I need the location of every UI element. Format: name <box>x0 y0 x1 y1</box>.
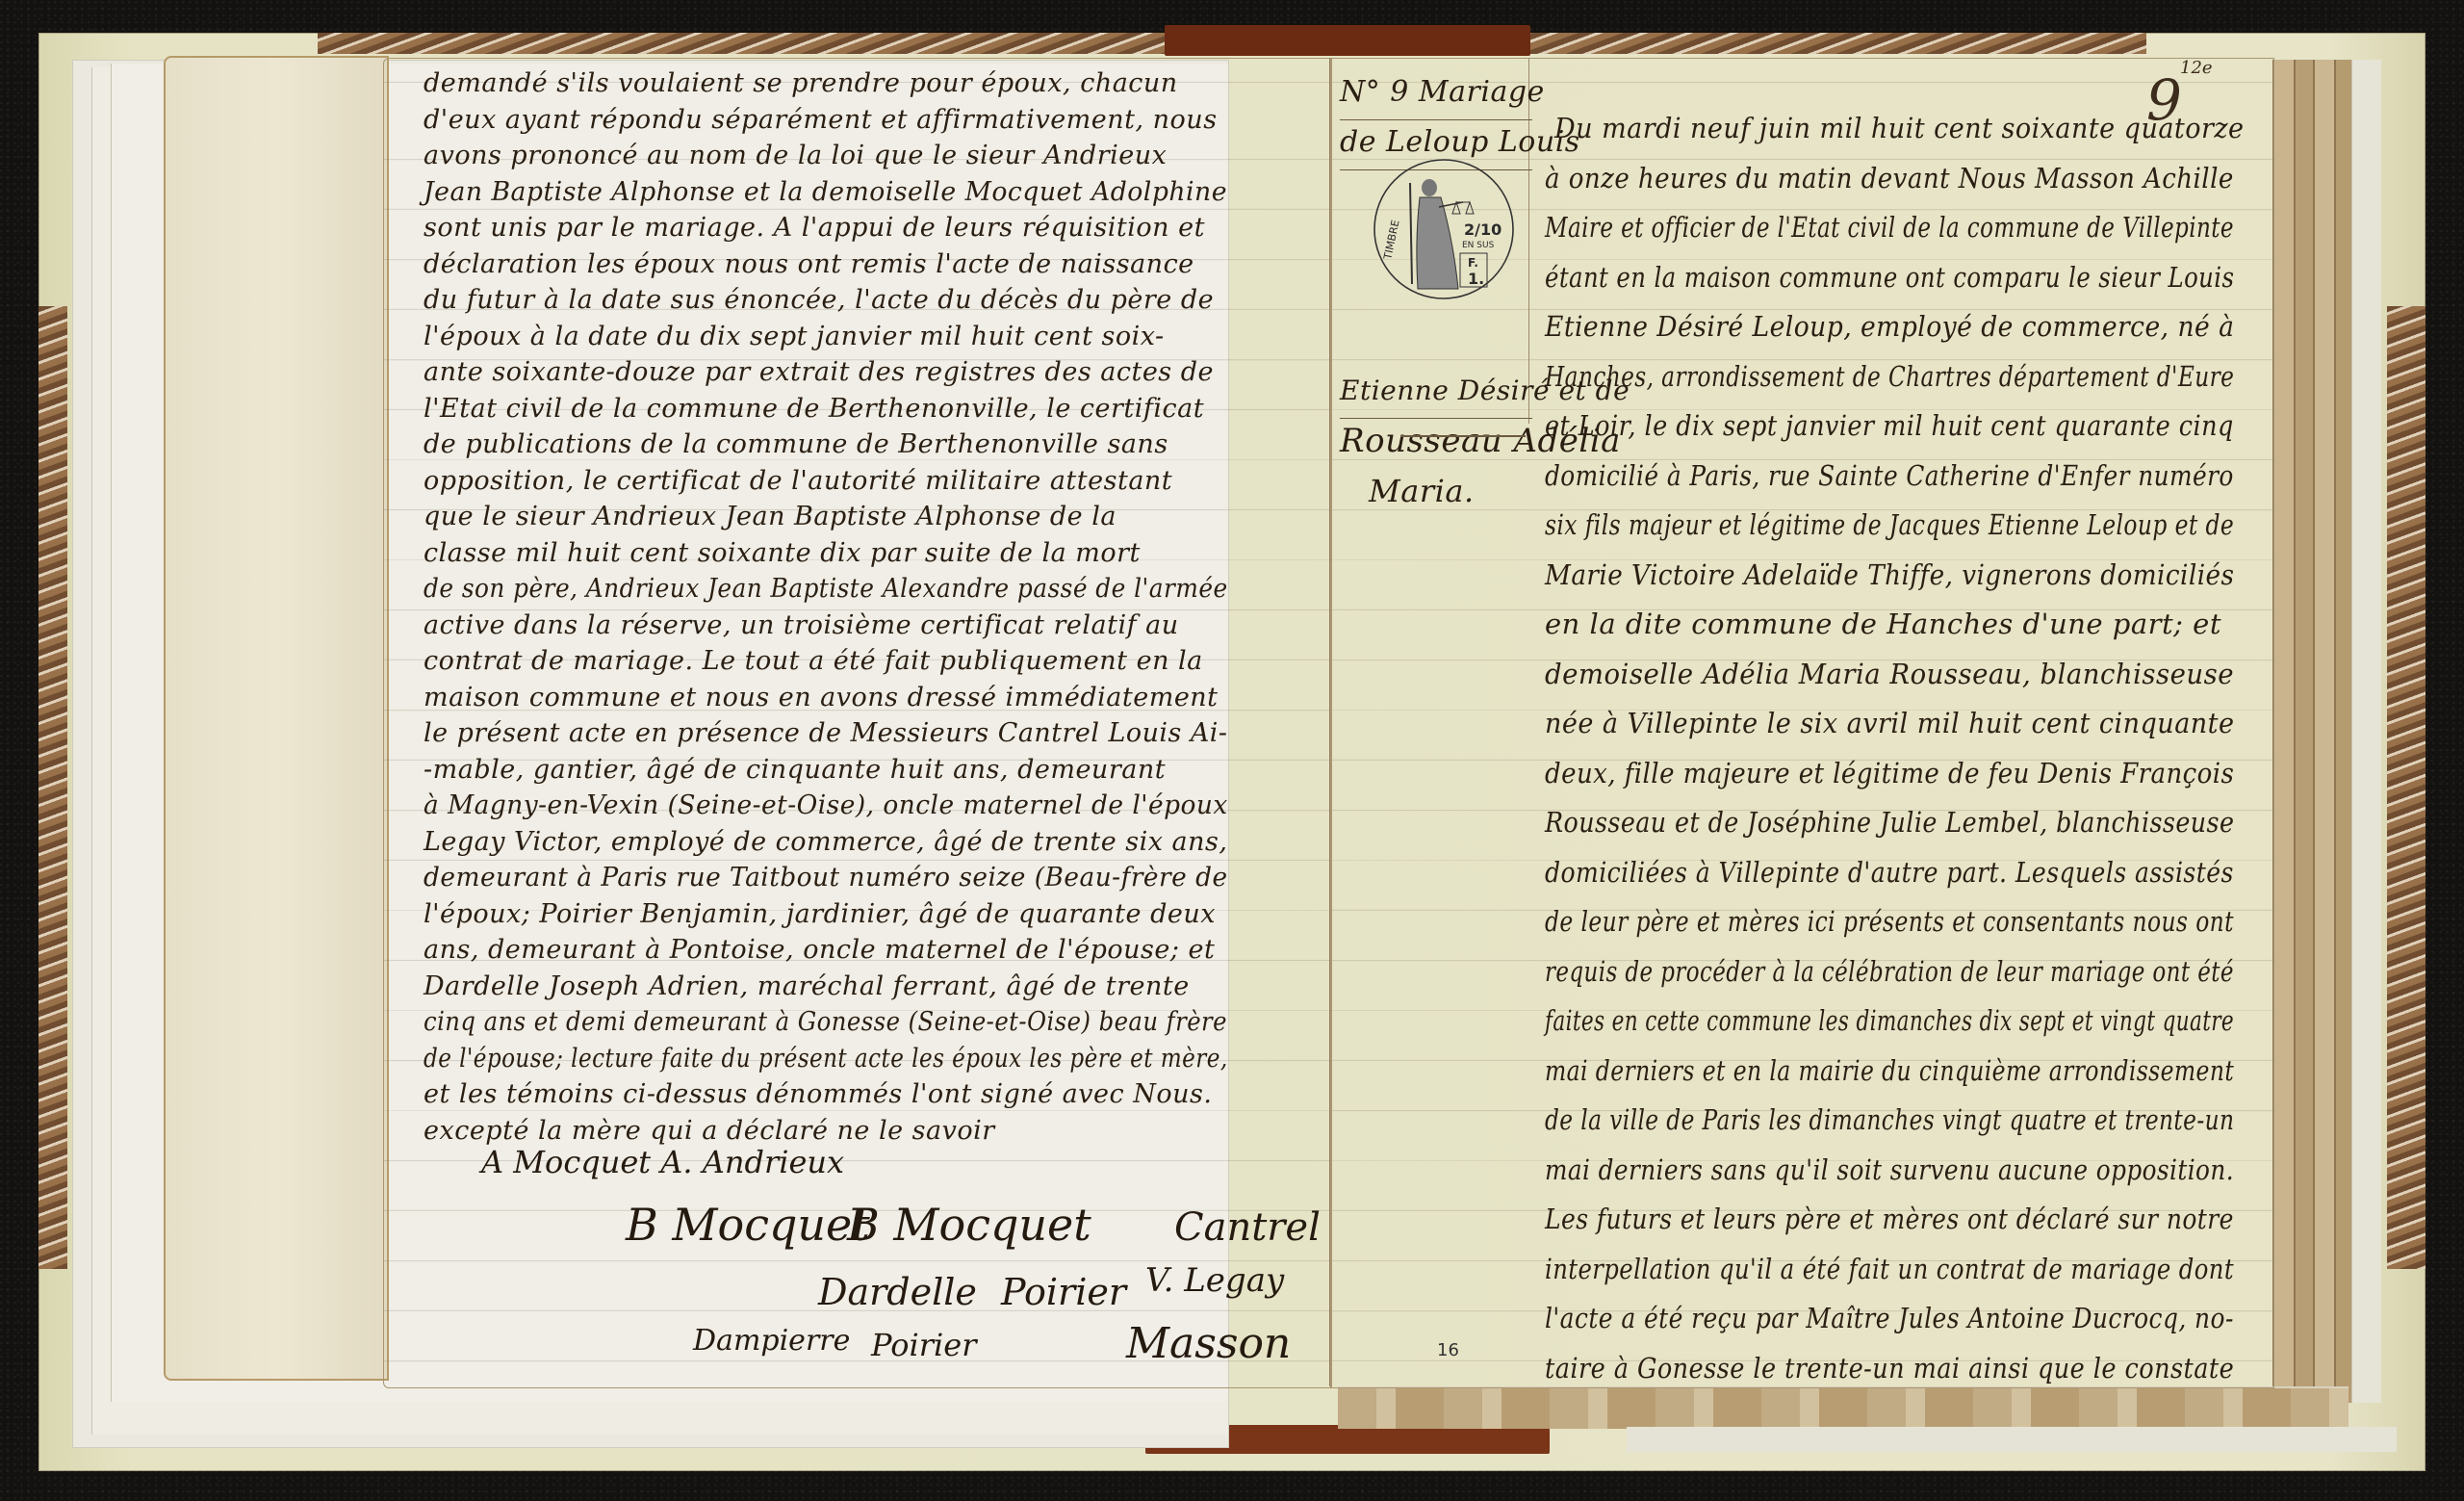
signature: V. Legay <box>1145 1261 1284 1300</box>
tax-stamp-icon: TIMBRE 2/10 EN SUS F. 1. <box>1372 154 1516 303</box>
page-stack-bottom-white <box>1627 1427 2397 1452</box>
text-line: domicilié à Paris, rue Sainte Catherine … <box>1545 452 2234 500</box>
signature: A Mocquet A. Andrieux <box>481 1144 844 1180</box>
text-line: interpellation qu'il a été fait un contr… <box>1545 1245 2234 1293</box>
text-line: à onze heures du matin devant Nous Masso… <box>1545 154 2234 202</box>
text-line: l'époux; Poirier Benjamin, jardinier, âg… <box>423 896 1216 932</box>
text-line: contrat de mariage. Le tout a été fait p… <box>423 643 1203 679</box>
text-line: ans, demeurant à Pontoise, oncle materne… <box>423 932 1215 968</box>
text-line: de son père, Andrieux Jean Baptiste Alex… <box>423 571 1228 607</box>
page-stack-edge <box>2272 60 2296 1403</box>
text-line: de leur père et mères ici présents et co… <box>1545 897 2234 945</box>
text-line: domiciliées à Villepinte d'autre part. L… <box>1545 848 2234 896</box>
text-line: cinq ans et demi demeurant à Gonesse (Se… <box>423 1004 1227 1040</box>
page-stack-bottom <box>1338 1386 2348 1429</box>
signature: Dardelle <box>818 1271 977 1313</box>
blank-page-edge <box>164 56 389 1381</box>
margin-names-line: Maria. <box>1340 466 1542 516</box>
text-line: taire à Gonesse le trente-un mai ainsi q… <box>1545 1344 2234 1392</box>
signature: Cantrel <box>1174 1205 1321 1250</box>
text-line: et les témoins ci-dessus dénommés l'ont … <box>423 1076 1212 1112</box>
text-line: sont unis par le mariage. A l'appui de l… <box>423 210 1205 246</box>
text-line: Rousseau et de Joséphine Julie Lembel, b… <box>1545 798 2234 846</box>
signature: B Mocquet <box>626 1199 870 1251</box>
stamp-label: TIMBRE <box>1381 219 1402 261</box>
text-line: -mable, gantier, âgé de cinquante huit a… <box>423 752 1166 788</box>
text-line: avons prononcé au nom de la loi que le s… <box>423 138 1167 173</box>
text-line: d'eux ayant répondu séparément et affirm… <box>423 102 1218 138</box>
text-line: l'époux à la date du dix sept janvier mi… <box>423 319 1165 354</box>
text-line: Marie Victoire Adelaïde Thiffe, vigneron… <box>1545 551 2234 599</box>
page-number: 16 <box>1437 1340 1459 1360</box>
stamp-value: 1. <box>1468 270 1484 288</box>
text-line: en la dite commune de Hanches d'une part… <box>1545 600 2221 648</box>
text-line: l'acte a été reçu par Maître Jules Antoi… <box>1545 1294 2234 1342</box>
text-line: étant en la maison commune ont comparu l… <box>1545 253 2234 301</box>
signature: Poirier <box>871 1327 977 1363</box>
text-line: le présent acte en présence de Messieurs… <box>423 715 1228 751</box>
text-line: Du mardi neuf juin mil huit cent soixant… <box>1554 104 2245 152</box>
text-line: Hanches, arrondissement de Chartres dépa… <box>1545 352 2234 401</box>
text-line: requis de procéder à la célébration de l… <box>1545 947 2234 996</box>
stamp-tax-suffix: EN SUS <box>1462 241 1495 250</box>
marbled-edge-right <box>2387 306 2425 1269</box>
signature: Masson <box>1126 1319 1291 1368</box>
margin-names-line: Etienne Désiré et de <box>1340 366 1542 416</box>
text-line: de l'épouse; lecture faite du présent ac… <box>423 1041 1228 1076</box>
signature: Dampierre <box>693 1324 850 1358</box>
marbled-edge-left <box>38 306 67 1269</box>
text-line: née à Villepinte le six avril mil huit c… <box>1545 699 2235 747</box>
text-line: de publications de la commune de Berthen… <box>423 427 1168 462</box>
page-stack-edge <box>2351 60 2381 1403</box>
signature: B Mocquet <box>847 1199 1091 1251</box>
folio-annotation: 12e <box>2180 58 2213 78</box>
text-line: de la ville de Paris les dimanches vingt… <box>1545 1096 2234 1144</box>
record-number: N° 9 Mariage <box>1340 67 1542 117</box>
text-line: demandé s'ils voulaient se prendre pour … <box>423 65 1178 101</box>
text-line: mai derniers et en la mairie du cinquièm… <box>1545 1047 2234 1095</box>
text-line: Legay Victor, employé de commerce, âgé d… <box>423 824 1227 860</box>
text-line: Maire et officier de l'Etat civil de la … <box>1545 203 2234 251</box>
text-line: du futur à la date sus énoncée, l'acte d… <box>423 282 1214 318</box>
leather-spine-top <box>1165 25 1530 56</box>
text-line: deux, fille majeure et légitime de feu D… <box>1545 749 2234 797</box>
text-line: six fils majeur et légitime de Jacques E… <box>1545 501 2234 549</box>
text-line: demeurant à Paris rue Taitbout numéro se… <box>423 860 1228 895</box>
text-line: à Magny-en-Vexin (Seine-et-Oise), oncle … <box>423 788 1228 823</box>
text-line: classe mil huit cent soixante dix par su… <box>423 535 1141 571</box>
text-line: que le sieur Andrieux Jean Baptiste Alph… <box>423 499 1116 534</box>
text-line: faites en cette commune les dimanches di… <box>1545 996 2234 1045</box>
margin-names-line: Rousseau Adélia <box>1340 416 1542 466</box>
text-line: l'Etat civil de la commune de Berthenonv… <box>423 391 1204 427</box>
page-stack-edge <box>2313 60 2336 1403</box>
text-line: déclaration les époux nous ont remis l'a… <box>423 246 1194 282</box>
text-line: excepté la mère qui a déclaré ne le savo… <box>423 1113 995 1149</box>
text-line: opposition, le certificat de l'autorité … <box>423 463 1172 499</box>
text-line: Dardelle Joseph Adrien, maréchal ferrant… <box>423 969 1190 1004</box>
text-line: et Loir, le dix sept janvier mil huit ce… <box>1545 401 2234 450</box>
stamp-tax: 2/10 <box>1464 220 1501 239</box>
signature: Poirier <box>1001 1271 1126 1313</box>
stamp-unit: F. <box>1468 256 1478 270</box>
page-stack-edge <box>2294 60 2315 1403</box>
text-line: Etienne Désiré Leloup, employé de commer… <box>1545 302 2234 350</box>
page-stack-edge <box>2334 60 2353 1403</box>
text-line: Les futurs et leurs père et mères ont dé… <box>1545 1195 2234 1243</box>
margin-heading: N° 9 Mariage de Leloup Louis <box>1340 67 1542 168</box>
text-line: maison commune et nous en avons dressé i… <box>423 680 1219 715</box>
text-line: ante soixante-douze par extrait des regi… <box>423 354 1214 390</box>
text-line: mai derniers sans qu'il soit survenu auc… <box>1545 1146 2234 1194</box>
text-line: demoiselle Adélia Maria Rousseau, blanch… <box>1545 650 2234 698</box>
text-line: Jean Baptiste Alphonse et la demoiselle … <box>423 174 1227 210</box>
text-line: active dans la réserve, un troisième cer… <box>423 608 1179 643</box>
margin-spouse-names: Etienne Désiré et de Rousseau Adélia Mar… <box>1340 366 1542 516</box>
